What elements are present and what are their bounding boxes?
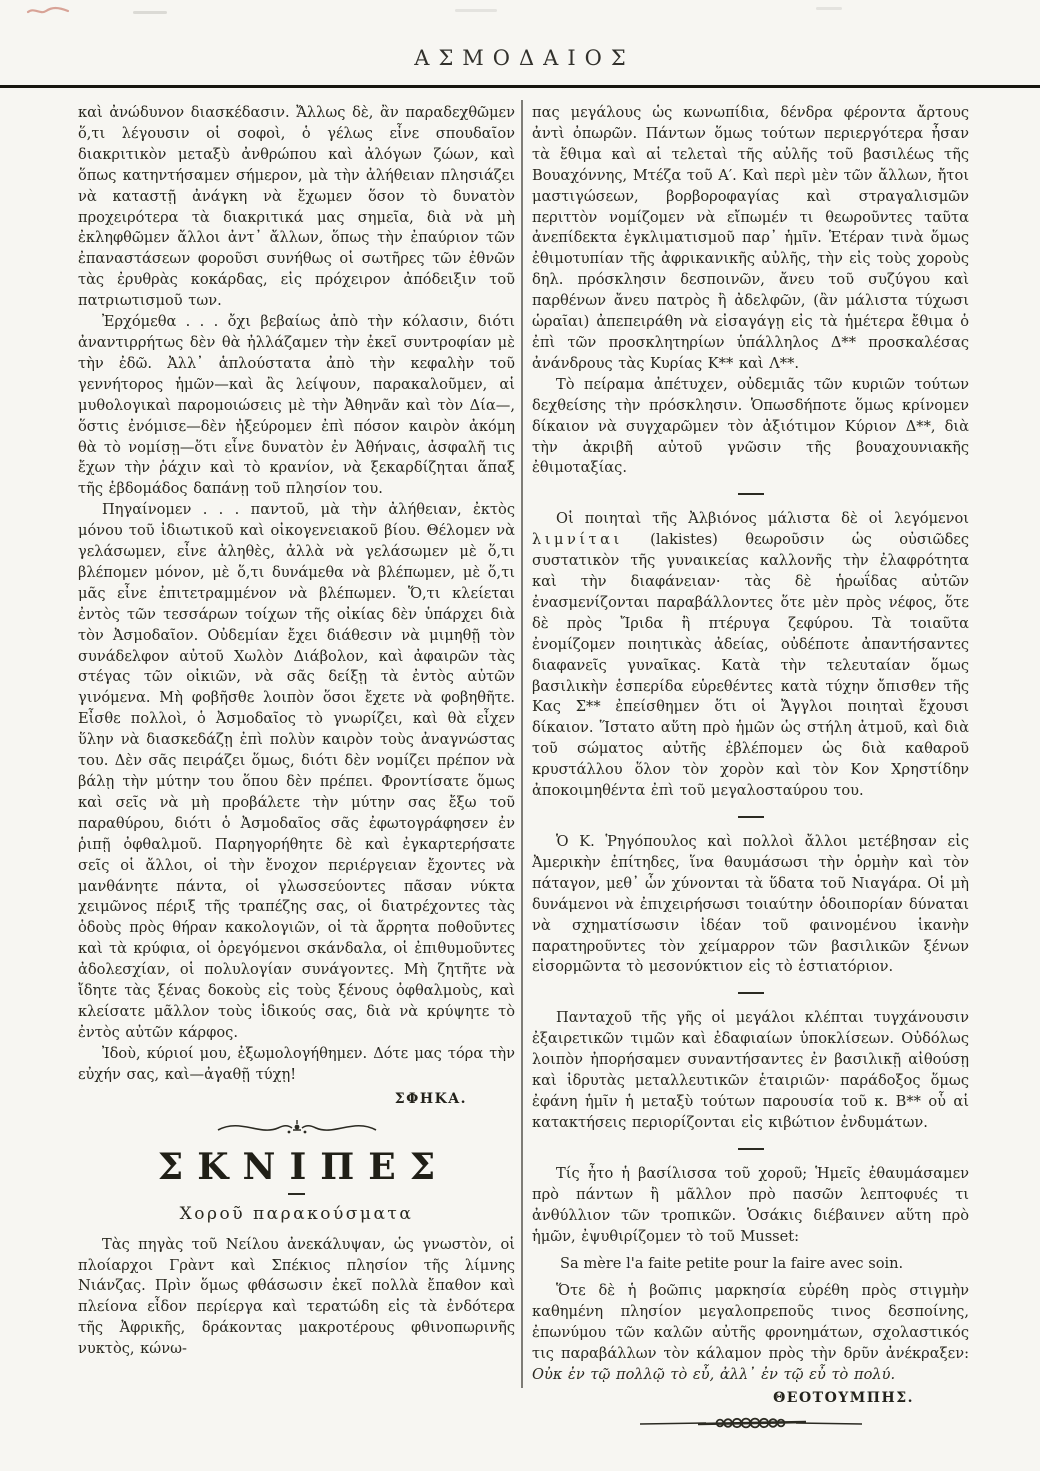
chain-rule-icon: [636, 1416, 866, 1430]
flourish-ornament: [78, 1114, 515, 1144]
paragraph: Ὅτε δὲ ἡ βοῶπις μαρκησία εὑρέθη πρὸς στι…: [532, 1281, 969, 1386]
text-run: Οἱ ποιηταὶ τῆς Ἀλβιόνος μάλιστα δὲ οἱ λε…: [556, 510, 969, 527]
scan-smudge: [455, 9, 497, 12]
end-rule-ornament: [532, 1415, 969, 1434]
french-quote: Sa mère l'a faite petite pour la faire a…: [532, 1254, 969, 1274]
text-run: Ὅτε δὲ ἡ βοῶπις μαρκησία εὑρέθη πρὸς στι…: [532, 1282, 969, 1362]
paragraph: Τὸ πείραμα ἀπέτυχεν, οὐδεμιᾶς τῶν κυριῶν…: [532, 375, 969, 480]
red-ink-smudge: [26, 3, 70, 19]
masthead-rule: [0, 85, 1040, 88]
section-heading: ΣΚΝΙΠΕΣ: [78, 1146, 515, 1188]
flourish-icon: [212, 1114, 382, 1140]
paragraph: Πηγαίνομεν . . . παντοῦ, μὰ τὴν ἀλήθειαν…: [78, 500, 515, 1044]
section-divider: [738, 816, 764, 818]
section-divider: [738, 493, 764, 495]
left-column: καὶ ἀνώδυνον διασκέδασιν. Ἄλλως δὲ, ἂν π…: [78, 103, 515, 1434]
paragraph: Τὰς πηγὰς τοῦ Νείλου ἀνεκάλυψαν, ὡς γνωσ…: [78, 1235, 515, 1360]
author-signature: ΘΕΟΤΟΥΜΠΗΣ.: [532, 1390, 914, 1406]
masthead-title: ΑΣΜΟΔΑΙΟΣ: [0, 46, 1040, 70]
italic-phrase: Οὐκ ἐν τῷ πολλῷ τὸ εὖ, ἀλλ᾽ ἐν τῷ εὖ τὸ …: [532, 1366, 895, 1383]
newspaper-page: ΑΣΜΟΔΑΙΟΣ καὶ ἀνώδυνον διασκέδασιν. Ἄλλω…: [0, 0, 1040, 1471]
heading-dash: [288, 1193, 305, 1195]
paragraph: Τίς ἦτο ἡ βασίλισσα τοῦ χοροῦ; Ἡμεῖς ἐθα…: [532, 1164, 969, 1248]
paragraph: Πανταχοῦ τῆς γῆς οἱ μεγάλοι κλέπται τυγχ…: [532, 1008, 969, 1133]
right-column: πας μεγάλους ὡς κωνωπίδια, δένδρα φέροντ…: [532, 103, 969, 1434]
paragraph: Οἱ ποιηταὶ τῆς Ἀλβιόνος μάλιστα δὲ οἱ λε…: [532, 509, 969, 802]
scan-smudge: [816, 7, 842, 10]
paragraph: Ὁ Κ. Ῥηγόπουλος καὶ πολλοὶ ἄλλοι μετέβησ…: [532, 832, 969, 978]
paragraph: καὶ ἀνώδυνον διασκέδασιν. Ἄλλως δὲ, ἂν π…: [78, 103, 515, 312]
section-divider: [738, 992, 764, 994]
section-subheading: Χοροῦ παρακούσματα: [78, 1204, 515, 1224]
author-signature: ΣΦΗΚΑ.: [78, 1091, 467, 1107]
paragraph: Ἐρχόμεθα . . . ὄχι βεβαίως ἀπὸ τὴν κόλασ…: [78, 312, 515, 500]
paragraph: πας μεγάλους ὡς κωνωπίδια, δένδρα φέροντ…: [532, 103, 969, 375]
text-run: (lakistes) θεωροῦσιν ὡς οὐσιῶδες συστατι…: [532, 531, 969, 799]
page-body: καὶ ἀνώδυνον διασκέδασιν. Ἄλλως δὲ, ἂν π…: [78, 103, 969, 1434]
spaced-word: λιμνίται: [532, 531, 623, 548]
scan-smudge: [133, 11, 167, 14]
paragraph: Ἰδοὺ, κύριοί μου, ἐξωμολογήθημεν. Δότε μ…: [78, 1044, 515, 1086]
section-divider: [738, 1148, 764, 1150]
